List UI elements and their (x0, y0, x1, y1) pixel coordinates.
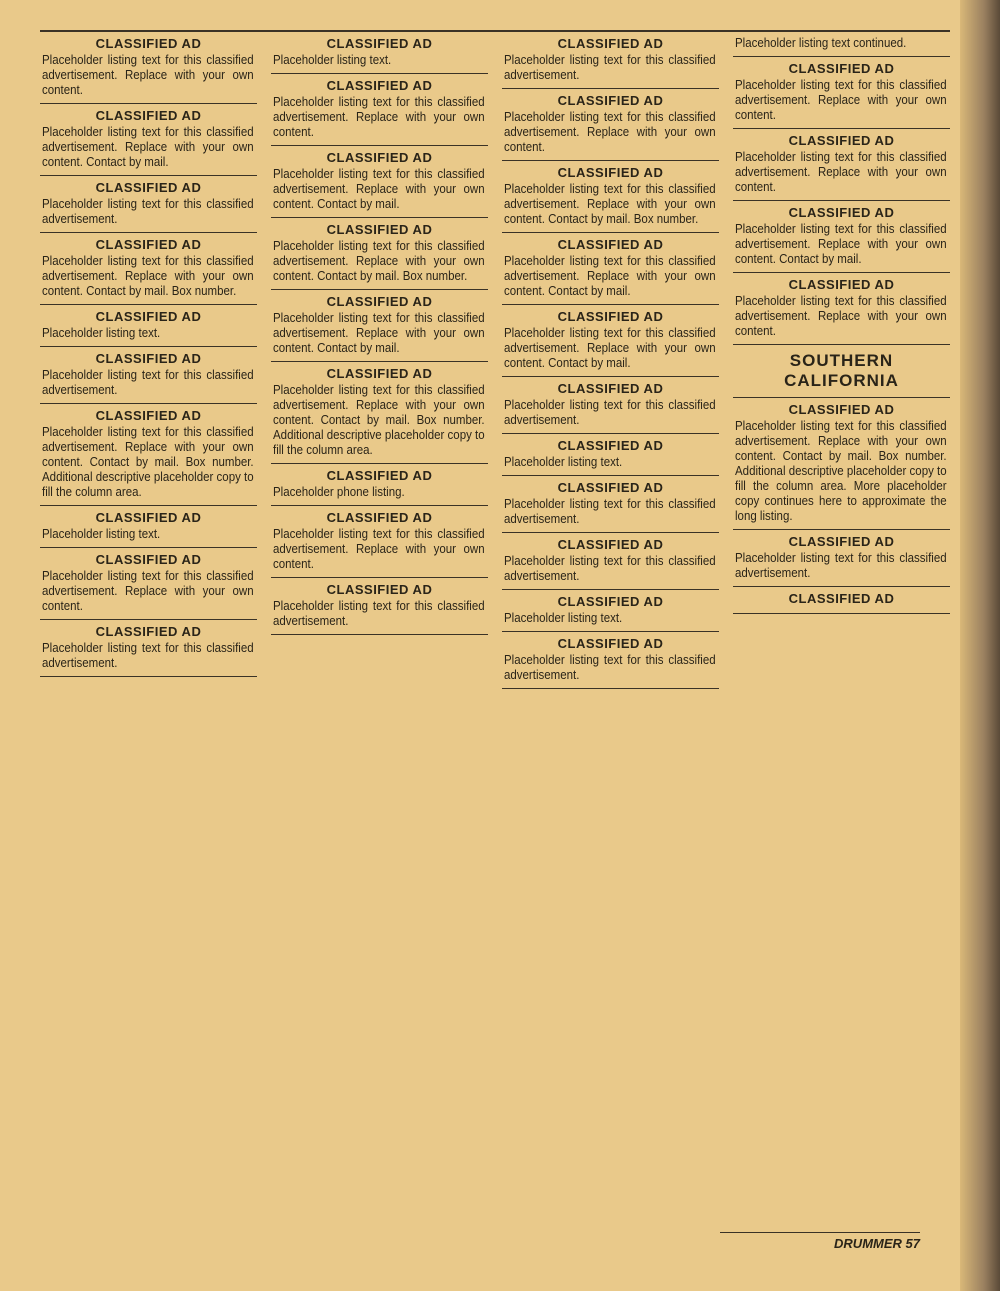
classified-ad: Classified AdPlaceholder listing text fo… (271, 362, 488, 464)
classified-ad: Classified AdPlaceholder listing text fo… (502, 161, 719, 233)
ad-body: Placeholder listing text for this classi… (504, 53, 716, 83)
ad-body: Placeholder listing text for this classi… (42, 569, 254, 614)
ad-body: Placeholder listing text for this classi… (504, 554, 716, 584)
ad-body: Placeholder listing text for this classi… (273, 383, 485, 458)
ad-body: Placeholder listing text for this classi… (504, 398, 716, 428)
ad-heading: Classified Ad (735, 591, 948, 606)
ad-body: Placeholder listing text. (504, 611, 716, 626)
ad-body: Placeholder listing text for this classi… (735, 419, 947, 524)
classified-ad: Classified AdPlaceholder listing text fo… (271, 290, 488, 362)
classified-ad: Classified AdPlaceholder listing text fo… (733, 201, 950, 273)
classified-ad: Classified AdPlaceholder listing text fo… (502, 533, 719, 590)
ad-heading: Classified Ad (273, 78, 486, 93)
ad-heading: Classified Ad (42, 108, 255, 123)
ad-heading: Classified Ad (42, 351, 255, 366)
ad-body: Placeholder listing text for this classi… (504, 653, 716, 683)
classified-ad: Classified AdPlaceholder listing text fo… (271, 578, 488, 635)
ad-heading: Classified Ad (735, 534, 948, 549)
ad-heading: Classified Ad (504, 237, 717, 252)
classified-ad: Classified AdPlaceholder listing text. (271, 32, 488, 74)
classified-ad: Classified AdPlaceholder listing text fo… (271, 74, 488, 146)
classified-ad: Classified AdPlaceholder listing text fo… (502, 632, 719, 689)
ad-body: Placeholder listing text. (504, 455, 716, 470)
ad-heading: Classified Ad (273, 510, 486, 525)
ad-body: Placeholder listing text for this classi… (504, 182, 716, 227)
ad-body: Placeholder listing text for this classi… (273, 599, 485, 629)
classified-ad: Classified AdPlaceholder listing text fo… (733, 530, 950, 587)
classified-ad: Classified AdPlaceholder listing text fo… (40, 176, 257, 233)
classified-ad: Classified AdPlaceholder listing text fo… (271, 506, 488, 578)
ad-heading: Classified Ad (504, 438, 717, 453)
section-header: SOUTHERN CALIFORNIA (733, 345, 950, 398)
classified-ad: Classified AdPlaceholder listing text fo… (40, 32, 257, 104)
classified-ad: Classified AdPlaceholder listing text fo… (502, 377, 719, 434)
ad-heading: Classified Ad (42, 624, 255, 639)
ad-heading: Classified Ad (273, 222, 486, 237)
classified-ad: Classified AdPlaceholder listing text. (40, 506, 257, 548)
ad-body: Placeholder listing text continued. (735, 36, 947, 51)
ad-body: Placeholder listing text for this classi… (42, 368, 254, 398)
classified-ad: Placeholder listing text continued. (733, 32, 950, 57)
classified-ad: Classified AdPlaceholder listing text. (40, 305, 257, 347)
classified-ad: Classified AdPlaceholder listing text fo… (40, 347, 257, 404)
ad-heading: Classified Ad (42, 510, 255, 525)
ad-body: Placeholder listing text for this classi… (42, 425, 254, 500)
classified-ad: Classified Ad (733, 587, 950, 614)
classified-ad: Classified AdPlaceholder listing text. (502, 434, 719, 476)
ad-heading: Classified Ad (273, 582, 486, 597)
ad-heading: Classified Ad (735, 402, 948, 417)
ad-heading: Classified Ad (273, 468, 486, 483)
classifieds-page: Classified AdPlaceholder listing text fo… (40, 30, 950, 1232)
ad-heading: Classified Ad (504, 381, 717, 396)
ad-body: Placeholder listing text for this classi… (42, 641, 254, 671)
ad-body: Placeholder listing text for this classi… (273, 311, 485, 356)
ad-body: Placeholder listing text for this classi… (504, 497, 716, 527)
ad-body: Placeholder listing text. (42, 326, 254, 341)
ad-body: Placeholder listing text for this classi… (273, 239, 485, 284)
classified-ad: Classified AdPlaceholder listing text fo… (502, 233, 719, 305)
ad-heading: Classified Ad (42, 309, 255, 324)
ad-body: Placeholder listing text for this classi… (42, 254, 254, 299)
ad-heading: Classified Ad (735, 133, 948, 148)
ad-body: Placeholder listing text for this classi… (735, 150, 947, 195)
column-4: Placeholder listing text continued.Class… (733, 32, 950, 1232)
ad-heading: Classified Ad (273, 294, 486, 309)
ad-body: Placeholder listing text for this classi… (735, 551, 947, 581)
ad-body: Placeholder listing text for this classi… (504, 254, 716, 299)
ad-heading: Classified Ad (273, 36, 486, 51)
ad-heading: Classified Ad (735, 205, 948, 220)
ad-body: Placeholder phone listing. (273, 485, 485, 500)
ad-heading: Classified Ad (504, 480, 717, 495)
classified-ad: Classified AdPlaceholder listing text. (502, 590, 719, 632)
classified-ad: Classified AdPlaceholder listing text fo… (733, 398, 950, 530)
ad-heading: Classified Ad (504, 36, 717, 51)
classified-ad: Classified AdPlaceholder listing text fo… (502, 89, 719, 161)
ad-body: Placeholder listing text for this classi… (735, 294, 947, 339)
ad-body: Placeholder listing text for this classi… (735, 78, 947, 123)
classified-ad: Classified AdPlaceholder listing text fo… (40, 104, 257, 176)
ad-heading: Classified Ad (42, 237, 255, 252)
ad-heading: Classified Ad (42, 408, 255, 423)
classified-ad: Classified AdPlaceholder listing text fo… (40, 404, 257, 506)
ad-heading: Classified Ad (504, 537, 717, 552)
page-folio: DRUMMER 57 (720, 1232, 920, 1251)
classified-ad: Classified AdPlaceholder listing text fo… (502, 305, 719, 377)
ad-heading: Classified Ad (42, 552, 255, 567)
column-3: Classified AdPlaceholder listing text fo… (502, 32, 719, 1232)
ad-body: Placeholder listing text for this classi… (504, 326, 716, 371)
ad-heading: Classified Ad (504, 594, 717, 609)
ad-heading: Classified Ad (504, 165, 717, 180)
ad-heading: Classified Ad (504, 93, 717, 108)
ad-heading: Classified Ad (42, 180, 255, 195)
binding-spine (960, 0, 1000, 1291)
ad-heading: Classified Ad (273, 150, 486, 165)
ad-body: Placeholder listing text. (42, 527, 254, 542)
classified-ad: Classified AdPlaceholder listing text fo… (40, 233, 257, 305)
ad-body: Placeholder listing text for this classi… (273, 95, 485, 140)
classified-ad: Classified AdPlaceholder listing text fo… (733, 273, 950, 345)
ad-heading: Classified Ad (42, 36, 255, 51)
classified-ad: Classified AdPlaceholder listing text fo… (271, 146, 488, 218)
ad-body: Placeholder listing text for this classi… (42, 53, 254, 98)
ad-heading: Classified Ad (273, 366, 486, 381)
ad-heading: Classified Ad (504, 636, 717, 651)
classified-ad: Classified AdPlaceholder listing text fo… (502, 476, 719, 533)
ad-heading: Classified Ad (735, 61, 948, 76)
column-1: Classified AdPlaceholder listing text fo… (40, 32, 257, 1232)
column-2: Classified AdPlaceholder listing text.Cl… (271, 32, 488, 1232)
ad-body: Placeholder listing text for this classi… (42, 125, 254, 170)
ad-body: Placeholder listing text. (273, 53, 485, 68)
ad-body: Placeholder listing text for this classi… (735, 222, 947, 267)
ad-body: Placeholder listing text for this classi… (42, 197, 254, 227)
classified-ad: Classified AdPlaceholder listing text fo… (733, 57, 950, 129)
classified-ad: Classified AdPlaceholder listing text fo… (502, 32, 719, 89)
classified-ad: Classified AdPlaceholder phone listing. (271, 464, 488, 506)
classified-ad: Classified AdPlaceholder listing text fo… (733, 129, 950, 201)
classified-ad: Classified AdPlaceholder listing text fo… (271, 218, 488, 290)
ad-body: Placeholder listing text for this classi… (273, 527, 485, 572)
classified-ad: Classified AdPlaceholder listing text fo… (40, 620, 257, 677)
ad-body: Placeholder listing text for this classi… (273, 167, 485, 212)
ad-heading: Classified Ad (504, 309, 717, 324)
classified-ad: Classified AdPlaceholder listing text fo… (40, 548, 257, 620)
ad-body: Placeholder listing text for this classi… (504, 110, 716, 155)
ad-heading: Classified Ad (735, 277, 948, 292)
